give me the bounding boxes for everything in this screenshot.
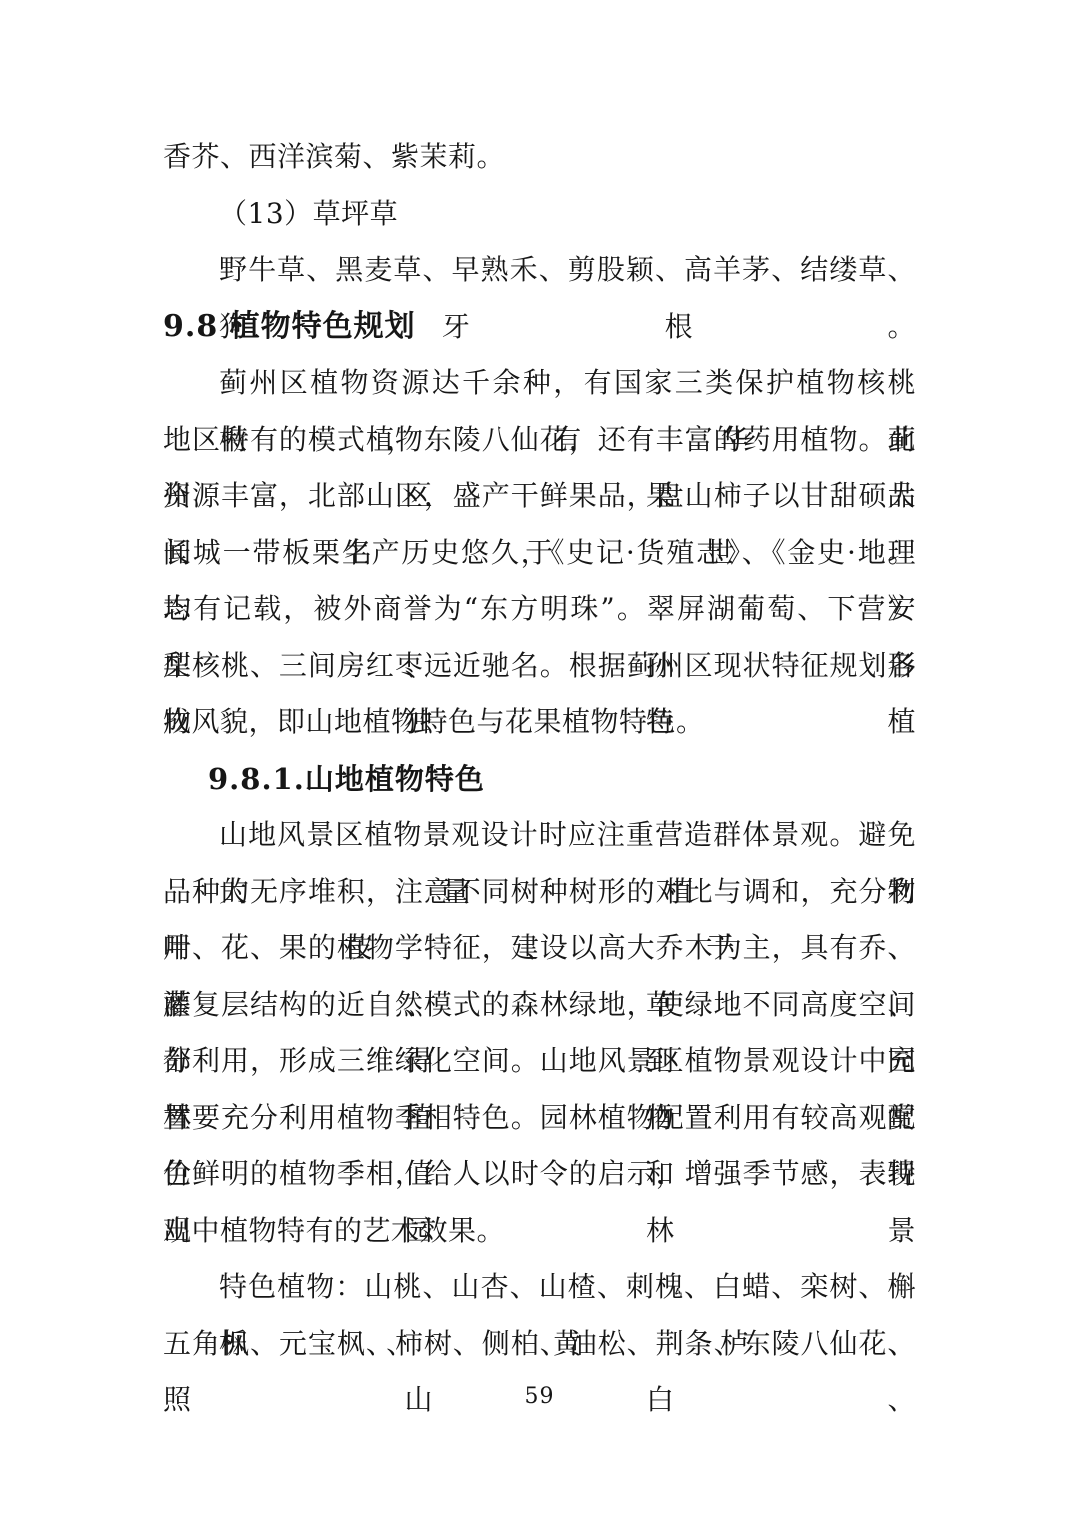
paragraph-line: 资源丰富，北部山区，盛产干鲜果品，盘山柿子以甘甜硕大闻名于世。 (163, 468, 916, 525)
paragraph-line: 色鲜明的植物季相，给人以时令的启示，增强季节感，表现出园林景 (163, 1146, 916, 1203)
subsection-heading-9-8-1: 9.8.1.山地植物特色 (163, 751, 916, 808)
paragraph-line: 分利用，形成三维绿化空间。山地风景区植物景观设计中园林植物配 (163, 1033, 916, 1090)
text-column: 香芥、西洋滨菊、紫茉莉。 （13）草坪草 野牛草、黑麦草、早熟禾、剪股颖、高羊茅… (163, 129, 916, 1372)
paragraph-line: 地区特有的模式植物东陵八仙花，还有丰富的药用植物。蓟州区果品 (163, 412, 916, 469)
paragraph-line: 野牛草、黑麦草、早熟禾、剪股颖、高羊茅、结缕草、狗牙根。 (163, 242, 916, 299)
paragraph-line: 山地风景区植物景观设计时应注重营造群体景观。避免大量植物 (163, 807, 916, 864)
paragraph-line: 置要充分利用植物季相特色。园林植物配置利用有较高观赏价值和特 (163, 1090, 916, 1147)
paragraph-line: 叶、花、果的植物学特征，建设以高大乔木为主，具有乔、灌、草、 (163, 920, 916, 977)
page-number: 59 (163, 1382, 916, 1412)
paragraph-line: 品种的无序堆积，注意不同树种树形的对比与调和，充分利用枝、干、 (163, 864, 916, 921)
paragraph-line: 藤复层结构的近自然模式的森林绿地，使绿地不同高度空间都得到充 (163, 977, 916, 1034)
paragraph-line: 均有记载，被外商誉为“东方明珠”。翠屏湖葡萄、下营安梨、孙各 (163, 581, 916, 638)
paragraph-line: 香芥、西洋滨菊、紫茉莉。 (163, 129, 916, 186)
list-item-13-heading: （13）草坪草 (163, 186, 916, 243)
paragraph-line: 庄核桃、三间房红枣远近驰名。根据蓟州区现状特征规划形成独特植 (163, 638, 916, 695)
paragraph-line: 特色植物：山桃、山杏、山楂、刺槐、白蜡、栾树、槲栎、黄栌、 (163, 1259, 916, 1316)
paragraph-line: 长城一带板栗生产历史悠久，《史记·货殖志》、《金史·地理志》 (163, 525, 916, 582)
document-page: 香芥、西洋滨菊、紫茉莉。 （13）草坪草 野牛草、黑麦草、早熟禾、剪股颖、高羊茅… (0, 0, 1074, 1520)
paragraph-line: 蓟州区植物资源达千余种，有国家三类保护植物核桃楸，有华北 (163, 355, 916, 412)
paragraph-line: 五角枫、元宝枫、柿树、侧柏、油松、荆条、东陵八仙花、照山白、 (163, 1316, 916, 1373)
